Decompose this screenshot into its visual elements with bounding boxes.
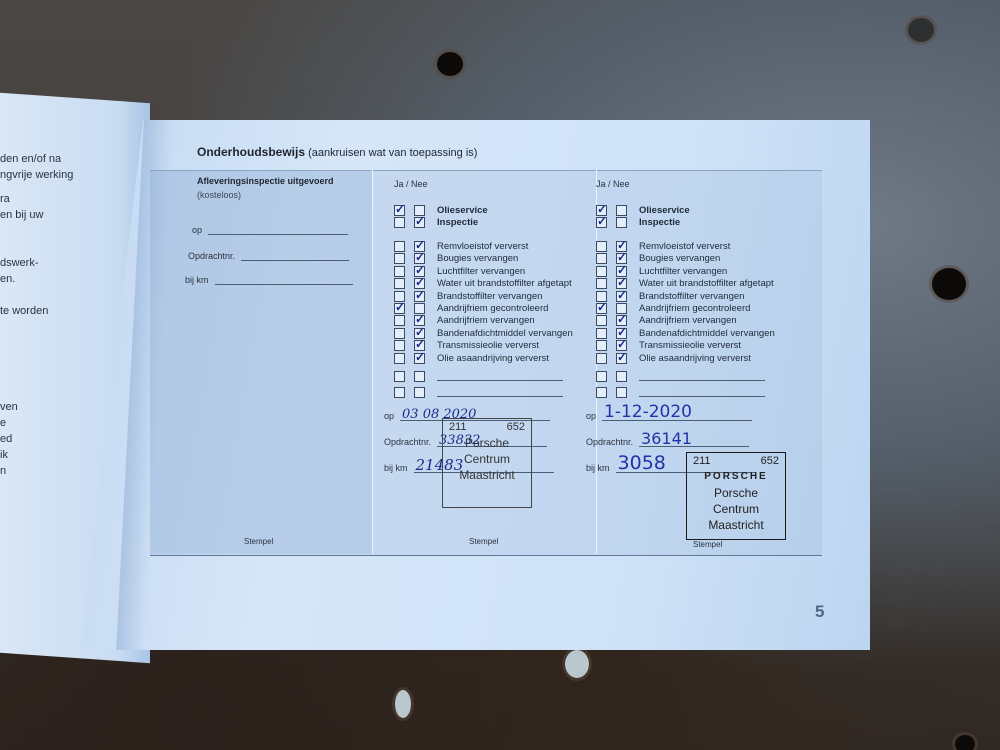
nee-checkbox[interactable]	[616, 353, 627, 364]
ja-checkbox[interactable]	[394, 340, 405, 351]
ja-checkbox[interactable]	[596, 266, 607, 277]
left-page-text-fragment: ik	[0, 449, 8, 461]
left-page-text-fragment: en bij uw	[0, 209, 43, 221]
nee-checkbox[interactable]	[616, 291, 627, 302]
nee-checkbox[interactable]	[414, 387, 425, 398]
service-item-label: Water uit brandstoffilter afgetapt	[437, 278, 572, 289]
left-page-text-fragment: dswerk-	[0, 257, 39, 269]
service-item-label: Transmissieolie ververst	[437, 340, 539, 351]
stamp-text-line: Centrum	[443, 451, 531, 467]
service-order-field-handwritten-value: 36141	[641, 429, 692, 448]
nee-checkbox[interactable]	[414, 217, 425, 228]
left-page-text-fragment: n	[0, 465, 6, 477]
stamp-text-line: Maastricht	[687, 517, 785, 533]
ja-checkbox[interactable]	[394, 217, 405, 228]
nee-checkbox[interactable]	[616, 387, 627, 398]
left-page-text-fragment: ven	[0, 401, 18, 413]
delivery-heading: Afleveringsinspectie uitgevoerd	[197, 176, 334, 186]
surface-hole	[437, 52, 463, 76]
ja-checkbox[interactable]	[596, 303, 607, 314]
blank-item-line[interactable]	[639, 388, 765, 397]
service-date-field-label: op	[384, 411, 394, 421]
nee-checkbox[interactable]	[414, 291, 425, 302]
ja-checkbox[interactable]	[394, 387, 405, 398]
nee-checkbox[interactable]	[616, 371, 627, 382]
surface-hole	[908, 18, 934, 42]
form-title: Onderhoudsbewijs (aankruisen wat van toe…	[197, 145, 477, 159]
service-item-label: Remvloeistof ververst	[639, 241, 730, 252]
service-item-label: Olieservice	[639, 205, 690, 216]
service-item-label: Aandrijfriem vervangen	[437, 315, 535, 326]
delivery-stamp-label: Stempel	[244, 537, 273, 546]
ja-checkbox[interactable]	[394, 241, 405, 252]
service-item-label: Aandrijfriem gecontroleerd	[639, 303, 750, 314]
service-item-row: Brandstoffilter vervangen	[596, 290, 744, 302]
delivery-order-field[interactable]: Opdrachtnr.	[188, 250, 349, 261]
dealer-stamp: 211652PorscheCentrumMaastricht	[442, 418, 532, 508]
service-item-label: Luchtfilter vervangen	[639, 266, 727, 277]
stamp-text-line: Porsche	[443, 435, 531, 451]
service-item-label: Inspectie	[639, 217, 680, 228]
left-page-text-fragment: en.	[0, 273, 15, 285]
service-item-label: Transmissieolie ververst	[639, 340, 741, 351]
left-page-text-fragment: ed	[0, 433, 12, 445]
stamp-label: Stempel	[693, 540, 722, 549]
service-item-row: Brandstoffilter vervangen	[394, 290, 542, 302]
blank-item-row	[394, 370, 563, 382]
service-order-field[interactable]: Opdrachtnr.36141	[586, 436, 749, 447]
ja-checkbox[interactable]	[596, 353, 607, 364]
service-item-label: Inspectie	[437, 217, 478, 228]
ja-nee-header: Ja / Nee	[596, 179, 630, 189]
service-item-row: Olie asaandrijving ververst	[394, 352, 549, 364]
service-item-label: Aandrijfriem gecontroleerd	[437, 303, 548, 314]
stamp-label: Stempel	[469, 537, 498, 546]
ja-checkbox[interactable]	[394, 328, 405, 339]
service-item-row: Olieservice	[596, 204, 690, 216]
surface-hole	[932, 268, 966, 300]
service-item-label: Bougies vervangen	[437, 253, 518, 264]
order-label: Opdrachtnr.	[188, 251, 235, 261]
ja-checkbox[interactable]	[596, 371, 607, 382]
stamp-text-line: Maastricht	[443, 467, 531, 483]
ja-checkbox[interactable]	[596, 278, 607, 289]
ja-checkbox[interactable]	[394, 278, 405, 289]
service-item-label: Olie asaandrijving ververst	[639, 353, 751, 364]
left-page-text-fragment: e	[0, 417, 6, 429]
service-item-row: Luchtfilter vervangen	[394, 265, 525, 277]
service-item-label: Bandenafdichtmiddel vervangen	[437, 328, 573, 339]
surface-hole	[955, 735, 975, 750]
ja-checkbox[interactable]	[394, 303, 405, 314]
blank-item-row	[596, 386, 765, 398]
delivery-note: (kosteloos)	[197, 190, 241, 200]
form-title-text: Onderhoudsbewijs	[197, 145, 305, 159]
ja-checkbox[interactable]	[596, 340, 607, 351]
service-date-field[interactable]: op1-12-2020	[586, 410, 752, 421]
service-item-label: Bougies vervangen	[639, 253, 720, 264]
ja-checkbox[interactable]	[596, 387, 607, 398]
service-item-row: Olie asaandrijving ververst	[596, 352, 751, 364]
service-km-field-handwritten-value: 3058	[618, 452, 666, 474]
ja-checkbox[interactable]	[596, 328, 607, 339]
surface-hole	[565, 650, 589, 678]
blank-item-row	[394, 386, 563, 398]
service-item-label: Brandstoffilter vervangen	[437, 291, 542, 302]
service-order-field-label: Opdrachtnr.	[384, 437, 431, 447]
form-subtitle: (aankruisen wat van toepassing is)	[308, 147, 477, 159]
ja-checkbox[interactable]	[394, 205, 405, 216]
service-km-field-label: bij km	[384, 463, 408, 473]
service-item-row: Olieservice	[394, 204, 488, 216]
ja-checkbox[interactable]	[394, 266, 405, 277]
service-km-field-label: bij km	[586, 463, 610, 473]
service-date-field-handwritten-value: 1-12-2020	[604, 402, 692, 422]
km-label: bij km	[185, 275, 209, 285]
ja-checkbox[interactable]	[394, 315, 405, 326]
service-item-label: Water uit brandstoffilter afgetapt	[639, 278, 774, 289]
ja-checkbox[interactable]	[596, 241, 607, 252]
service-date-field-label: op	[586, 411, 596, 421]
service-item-label: Olie asaandrijving ververst	[437, 353, 549, 364]
left-page-text-fragment: den en/of na	[0, 153, 61, 165]
ja-checkbox[interactable]	[596, 253, 607, 264]
service-item-row: Bougies vervangen	[394, 252, 518, 264]
ja-checkbox[interactable]	[394, 353, 405, 364]
nee-checkbox[interactable]	[414, 353, 425, 364]
dealer-stamp: 211652PORSCHEPorscheCentrumMaastricht	[686, 452, 786, 540]
delivery-km-field[interactable]: bij km	[185, 274, 353, 285]
page-number: 5	[815, 602, 824, 622]
ja-checkbox[interactable]	[394, 253, 405, 264]
service-item-label: Bandenafdichtmiddel vervangen	[639, 328, 775, 339]
service-item-label: Brandstoffilter vervangen	[639, 291, 744, 302]
nee-checkbox[interactable]	[414, 371, 425, 382]
stamp-text-line: Centrum	[687, 501, 785, 517]
blank-item-line[interactable]	[437, 388, 563, 397]
blank-item-row	[596, 370, 765, 382]
service-item-label: Luchtfilter vervangen	[437, 266, 525, 277]
stamp-brand: PORSCHE	[687, 469, 785, 485]
ja-checkbox[interactable]	[394, 371, 405, 382]
service-item-row: Bougies vervangen	[596, 252, 720, 264]
delivery-date-field[interactable]: op	[192, 224, 348, 235]
left-page-text-fragment: te worden	[0, 305, 48, 317]
service-item-label: Aandrijfriem vervangen	[639, 315, 737, 326]
surface-hole	[395, 690, 411, 718]
column-divider	[372, 170, 373, 554]
service-item-row: Inspectie	[394, 216, 478, 228]
blank-item-line[interactable]	[437, 372, 563, 381]
service-order-field-label: Opdrachtnr.	[586, 437, 633, 447]
stamp-text-line: Porsche	[687, 485, 785, 501]
left-page-text-fragment: ra	[0, 193, 10, 205]
service-item-label: Olieservice	[437, 205, 488, 216]
stamp-codes: 211652	[443, 419, 531, 435]
service-item-label: Remvloeistof ververst	[437, 241, 528, 252]
service-item-row: Luchtfilter vervangen	[596, 265, 727, 277]
blank-item-line[interactable]	[639, 372, 765, 381]
service-item-row: Inspectie	[596, 216, 680, 228]
ja-checkbox[interactable]	[596, 217, 607, 228]
ja-checkbox[interactable]	[596, 315, 607, 326]
op-label: op	[192, 225, 202, 235]
ja-nee-header: Ja / Nee	[394, 179, 428, 189]
stamp-codes: 211652	[687, 453, 785, 469]
nee-checkbox[interactable]	[616, 205, 627, 216]
left-page-text-fragment: ngvrije werking	[0, 169, 73, 181]
nee-checkbox[interactable]	[616, 217, 627, 228]
